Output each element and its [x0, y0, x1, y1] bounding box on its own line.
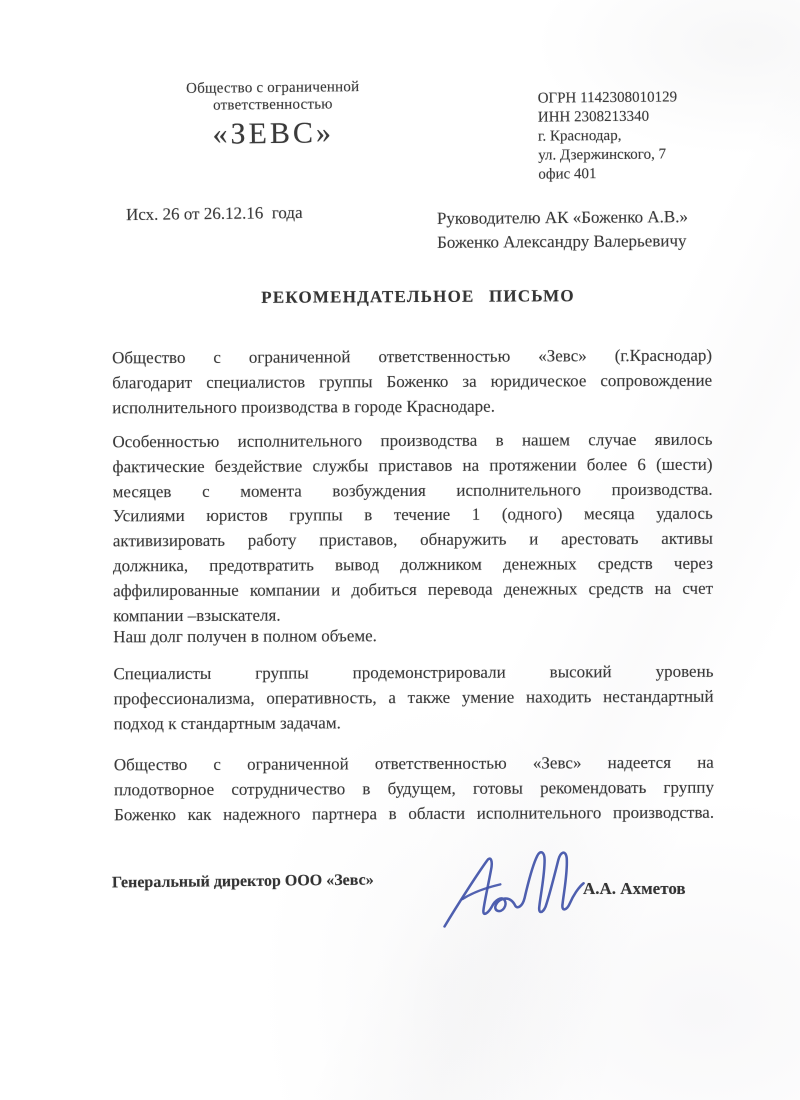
paragraph-line: Наш долг получен в полном объеме. [113, 622, 713, 650]
letter-title: РЕКОМЕНДАТЕЛЬНОЕ ПИСЬМО [18, 285, 800, 309]
paragraph-line: аффилированные компании и добиться перев… [113, 576, 713, 604]
paragraph-line: благодарит специалистов группы Боженко з… [112, 368, 712, 396]
paragraph: Наш долг получен в полном объеме. [113, 622, 713, 650]
paragraph-line: Специалисты группы продемонстрировали вы… [113, 659, 713, 687]
paragraph: Усилиями юристов группы в течение 1 (одн… [113, 501, 714, 629]
letterhead-org-block: Общество с ограниченной ответственностью… [126, 78, 421, 152]
paragraph-line: исполнительного производства в городе Кр… [112, 393, 712, 421]
paragraph-line: профессионализма, оперативность, а также… [113, 684, 713, 712]
outgoing-ref-line: Исх. 26 от 26.12.16 года [126, 203, 303, 225]
signatory-position: Генеральный директор ООО «Зевс» [112, 872, 374, 893]
letter-body: Общество с ограниченной ответственностью… [112, 343, 712, 346]
office-line: офис 401 [538, 164, 678, 184]
ogrn-line: ОГРН 1142308010129 [538, 88, 678, 108]
handwritten-signature-ink [434, 840, 592, 935]
paragraph: Общество с ограниченной ответственностью… [114, 750, 714, 828]
paragraph-line: подход к стандартным задачам. [114, 709, 714, 737]
addressee-block: Руководителю АК «Боженко А.В.» Боженко А… [437, 205, 688, 255]
paragraph-line: активизировать работу приставов, обнаруж… [113, 526, 713, 554]
addressee-line: Руководителю АК «Боженко А.В.» [437, 205, 688, 231]
paragraph-line: Общество с ограниченной ответственностью… [112, 343, 712, 371]
org-name-text: «ЗЕВС» [126, 115, 420, 152]
city-line: г. Краснодар, [538, 126, 678, 146]
scanned-letter-page: Общество с ограниченной ответственностью… [0, 0, 800, 1100]
signatory-name: А.А. Ахметов [583, 879, 686, 899]
paragraph: Особенностью исполнительного производств… [112, 427, 712, 505]
addressee-line: Боженко Александру Валерьевичу [437, 229, 688, 255]
street-line: ул. Дзержинского, 7 [538, 145, 678, 165]
company-details-block: ОГРН 1142308010129 ИНН 2308213340 г. Кра… [538, 88, 678, 184]
paragraph-line: должника, предотвратить вывод должником … [113, 551, 713, 579]
paragraph: Общество с ограниченной ответственностью… [112, 343, 712, 421]
org-type-text: Общество с ограниченной ответственностью [126, 78, 420, 115]
paragraph-line: Усилиями юристов группы в течение 1 (одн… [113, 501, 713, 529]
paragraph-line: Общество с ограниченной ответственностью… [114, 750, 714, 778]
paragraph-line: Боженко как надежного партнера в области… [114, 800, 714, 828]
inn-line: ИНН 2308213340 [538, 107, 678, 127]
paragraph: Специалисты группы продемонстрировали вы… [113, 659, 713, 737]
paragraph-line: плодотворное сотрудничество в будущем, г… [114, 775, 714, 803]
signature-stroke [445, 852, 584, 926]
paragraph-line: фактические бездействие службы приставов… [112, 452, 712, 480]
paragraph-line: Особенностью исполнительного производств… [112, 427, 712, 455]
